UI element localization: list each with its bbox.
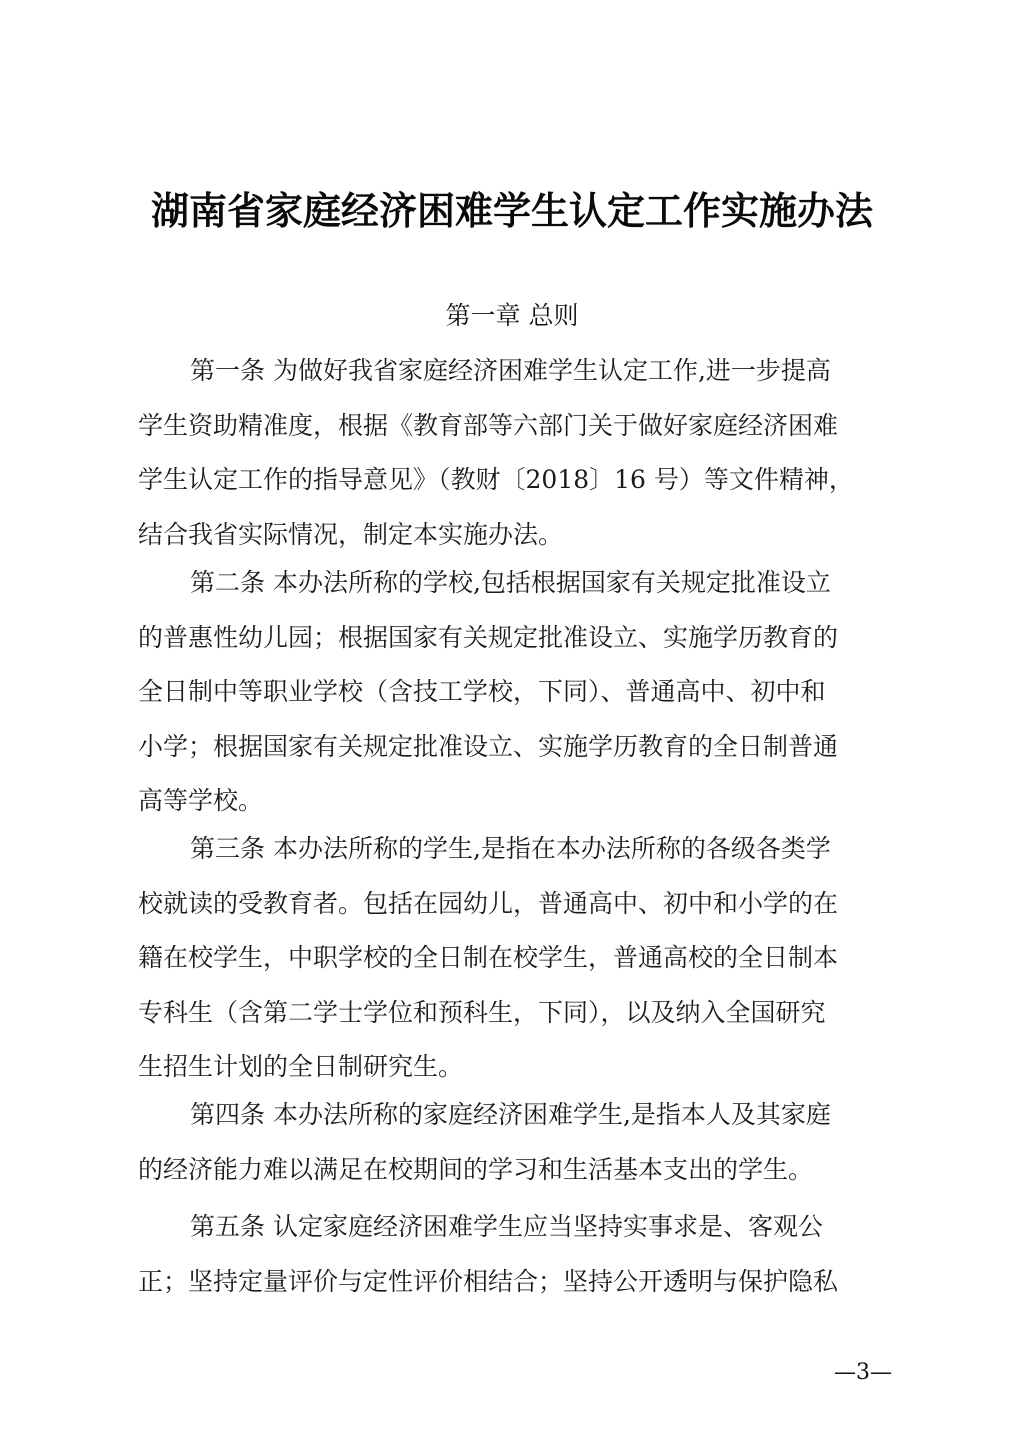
article-line: 第四条 本办法所称的家庭经济困难学生,是指本人及其家庭	[138, 1088, 890, 1143]
article-line: 全日制中等职业学校（含技工学校，下同）、普通高中、初中和	[138, 665, 890, 720]
chapter-heading: 第一章 总则	[0, 296, 1024, 336]
article-line: 第一条 为做好我省家庭经济困难学生认定工作,进一步提高	[138, 344, 890, 399]
article-line: 专科生（含第二学士学位和预科生，下同），以及纳入全国研究	[138, 986, 890, 1041]
article-line: 的经济能力难以满足在校期间的学习和生活基本支出的学生。	[138, 1143, 890, 1198]
page-number: —3—	[834, 1358, 892, 1388]
article-line: 生招生计划的全日制研究生。	[138, 1040, 890, 1095]
article-line: 学生资助精准度，根据《教育部等六部门关于做好家庭经济困难	[138, 399, 890, 454]
article-line: 学生认定工作的指导意见》（教财〔2018〕16 号）等文件精神，	[138, 453, 890, 508]
article-4: 第四条 本办法所称的家庭经济困难学生,是指本人及其家庭 的经济能力难以满足在校期…	[138, 1088, 890, 1197]
article-1: 第一条 为做好我省家庭经济困难学生认定工作,进一步提高 学生资助精准度，根据《教…	[138, 344, 890, 562]
article-line: 高等学校。	[138, 774, 890, 829]
article-line: 结合我省实际情况，制定本实施办法。	[138, 508, 890, 563]
article-line: 小学；根据国家有关规定批准设立、实施学历教育的全日制普通	[138, 720, 890, 775]
article-5: 第五条 认定家庭经济困难学生应当坚持实事求是、客观公 正；坚持定量评价与定性评价…	[138, 1200, 890, 1309]
article-line: 第五条 认定家庭经济困难学生应当坚持实事求是、客观公	[138, 1200, 890, 1255]
article-line: 正；坚持定量评价与定性评价相结合；坚持公开透明与保护隐私	[138, 1255, 890, 1310]
article-3: 第三条 本办法所称的学生,是指在本办法所称的各级各类学 校就读的受教育者。包括在…	[138, 822, 890, 1095]
article-line: 第三条 本办法所称的学生,是指在本办法所称的各级各类学	[138, 822, 890, 877]
document-title: 湖南省家庭经济困难学生认定工作实施办法	[0, 186, 1024, 236]
article-2: 第二条 本办法所称的学校,包括根据国家有关规定批准设立 的普惠性幼儿园；根据国家…	[138, 556, 890, 829]
article-line: 第二条 本办法所称的学校,包括根据国家有关规定批准设立	[138, 556, 890, 611]
article-line: 的普惠性幼儿园；根据国家有关规定批准设立、实施学历教育的	[138, 611, 890, 666]
article-line: 籍在校学生，中职学校的全日制在校学生，普通高校的全日制本	[138, 931, 890, 986]
article-line: 校就读的受教育者。包括在园幼儿，普通高中、初中和小学的在	[138, 877, 890, 932]
